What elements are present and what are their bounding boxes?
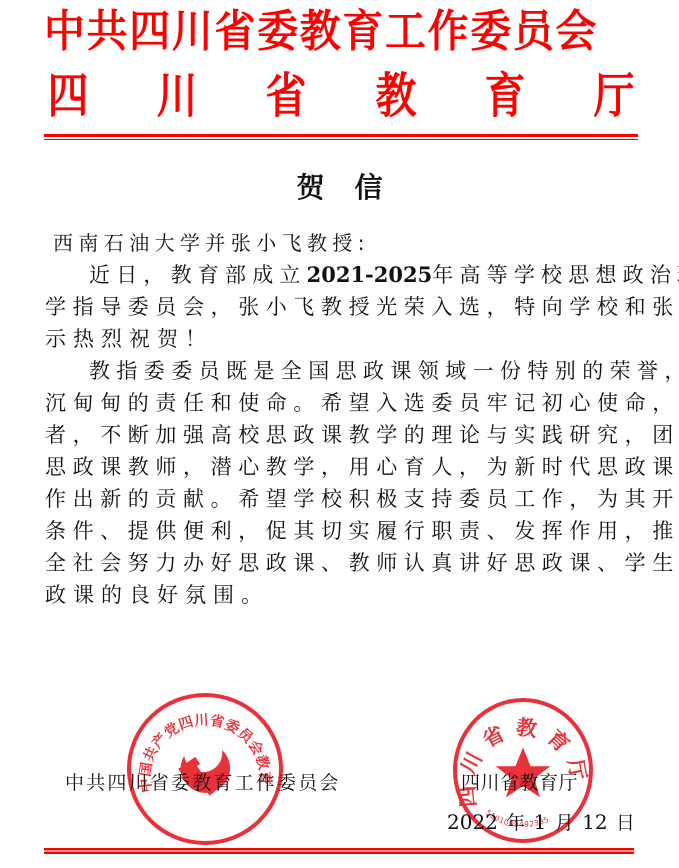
header-char: 育 [342,6,383,58]
header-char: 四 [48,68,89,124]
header-char: 育 [484,68,525,124]
date-year-unit: 年 [506,812,525,834]
header-char: 工 [385,6,426,58]
body-line: 教指委委员既是全国思政课领域一份特别的荣誉，更是一份 [45,355,639,387]
footer-divider [44,848,634,854]
body-line: 者，不断加强高校思政课教学的理论与实践研究，团结凝聚广大 [45,419,639,451]
date-day: 12 [582,810,607,834]
header-char: 川 [172,6,213,58]
date-day-unit: 日 [616,812,635,834]
body-line-text: 作出新的贡献。希望学校积极支持委员工作，为其开展工作创造 [45,483,679,515]
body-line-text: 学指导委员会，张小飞教授光荣入选，特向学校和张小飞教授表 [45,291,679,323]
date-month-unit: 月 [555,812,574,834]
issuer-header-line-2: 四 川 省 教 育 厅 [44,68,638,124]
header-char: 共 [87,6,128,58]
letter-title: 贺信 [0,170,679,206]
header-char: 省 [214,6,255,58]
body-line: 政课的良好氛围。 [45,579,639,611]
header-char: 教 [300,6,341,58]
header-char: 中 [44,6,85,58]
signature-party-committee: 中共四川省委教育工作委员会 [65,769,341,797]
body-line-text: 者，不断加强高校思政课教学的理论与实践研究，团结凝聚广大 [45,419,679,451]
header-char: 厅 [594,68,635,124]
header-char: 省 [266,68,307,124]
body-line-text: 思政课教师，潜心教学，用心育人，为新时代思政课高质量发展 [45,451,679,483]
body-line-text: 政课的良好氛围。 [45,579,269,611]
letter-date: 2022 年 1 月 12 日 [447,808,635,837]
salutation: 西南石油大学并张小飞教授: [53,228,370,258]
body-line-text: 条件、提供便利，促其切实履行职责、发挥作用，推动形成全党 [45,515,679,547]
body-line: 沉甸甸的责任和使命。希望入选委员牢记初心使命，心系国之大 [45,387,639,419]
header-char: 作 [428,6,469,58]
body-line-text: 示热烈祝贺！ [45,323,213,355]
header-char: 教 [375,68,416,124]
body-line: 全社会努力办好思政课、教师认真讲好思政课、学生积极学好思 [45,547,639,579]
body-line: 条件、提供便利，促其切实履行职责、发挥作用，推动形成全党 [45,515,639,547]
header-divider-thin [44,139,638,140]
header-char: 委 [257,6,298,58]
body-line-text: 教指委委员既是全国思政课领域一份特别的荣誉，更是一份 [89,355,679,387]
header-char: 会 [555,6,596,58]
header-char: 员 [513,6,554,58]
signature-education-department: 四川省教育厅 [461,769,578,797]
body-line-text: 全社会努力办好思政课、教师认真讲好思政课、学生积极学好思 [45,547,679,579]
header-divider-thick [44,134,638,137]
body-line: 示热烈祝贺！ [45,323,639,355]
body-line: 思政课教师，潜心教学，用心育人，为新时代思政课高质量发展 [45,451,639,483]
header-char: 四 [129,6,170,58]
body-text-segment: 年高等学校思想政治理论课教 [432,259,679,291]
letter-body: 近日，教育部成立 2021-2025 年高等学校思想政治理论课教 学指导委员会，… [45,259,639,611]
body-line-text: 沉甸甸的责任和使命。希望入选委员牢记初心使命，心系国之大 [45,387,679,419]
header-char: 委 [470,6,511,58]
header-char: 川 [157,68,198,124]
date-year: 2022 [447,810,498,834]
body-text-segment: 近日，教育部成立 [89,259,307,291]
issuer-header-line-1: 中 共 四 川 省 委 教 育 工 作 委 员 会 [44,6,596,58]
body-line: 学指导委员会，张小飞教授光荣入选，特向学校和张小飞教授表 [45,291,639,323]
body-line: 作出新的贡献。希望学校积极支持委员工作，为其开展工作创造 [45,483,639,515]
date-month: 1 [534,810,547,834]
year-range: 2021-2025 [307,259,433,291]
body-line: 近日，教育部成立 2021-2025 年高等学校思想政治理论课教 [45,259,639,291]
